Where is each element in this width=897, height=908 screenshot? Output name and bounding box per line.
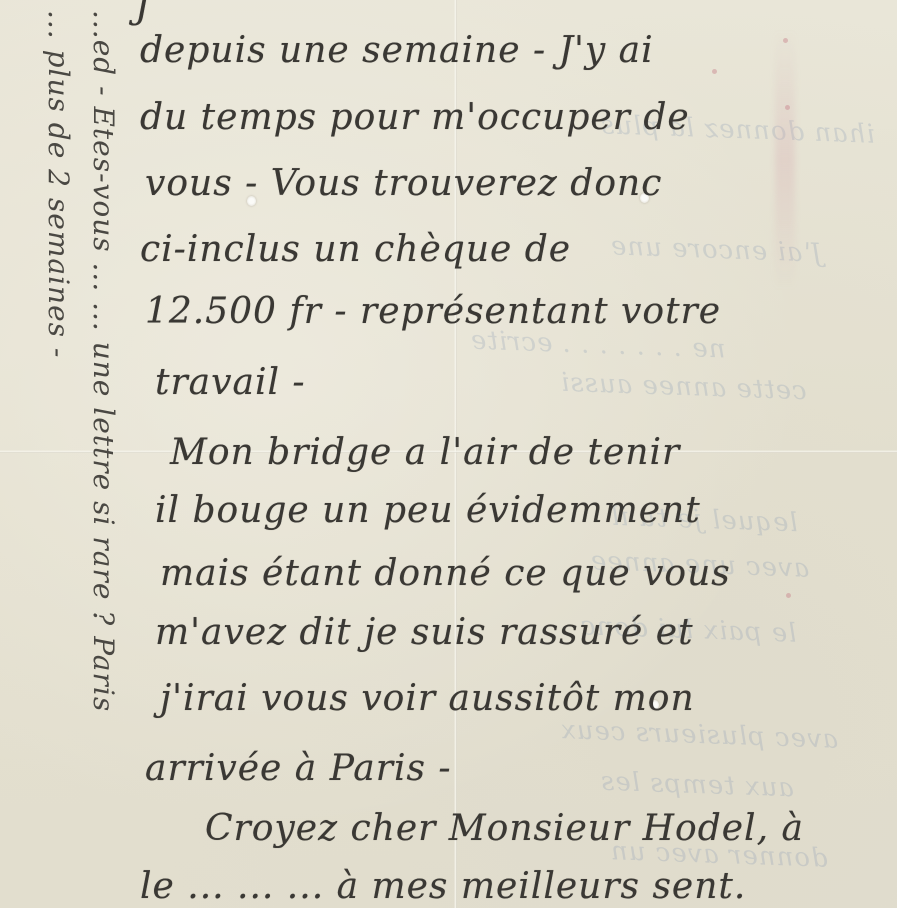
margin-note-line: ...ed - Etes-vous ... ... une lettre si …: [87, 10, 120, 712]
letter-line: travail -: [155, 362, 306, 403]
letter-line: mais étant donné ce que vous: [160, 553, 731, 594]
letter-line: le ... ... ... à mes meilleurs sent.: [140, 866, 746, 907]
stain-dot: [786, 593, 791, 598]
stain-dot: [783, 38, 788, 43]
letter-line: arrivée à Paris -: [145, 748, 452, 789]
margin-note-line: ... plus de 2 semaines -: [42, 10, 75, 358]
letter-page: ihan donnez la plus J'ai encore une ne .…: [0, 0, 897, 908]
stain-dot: [785, 105, 790, 110]
letter-line: J: [135, 0, 150, 27]
bleed-through-text: cette annee aussi: [560, 368, 808, 407]
letter-line: du temps pour m'occuper de: [140, 97, 690, 138]
letter-line: il bouge un peu évidemment: [155, 490, 701, 531]
letter-line: 12.500 fr - représentant votre: [145, 291, 721, 332]
letter-line: m'avez dit je suis rassuré et: [155, 612, 694, 653]
letter-line: Croyez cher Monsieur Hodel, à: [205, 808, 804, 849]
letter-line: Mon bridge a l'air de tenir: [170, 432, 680, 473]
stamp-stain: [775, 30, 795, 290]
bleed-through-text: aux temps les: [600, 767, 795, 804]
letter-line: depuis une semaine - J'y ai: [140, 30, 654, 71]
letter-line: j'irai vous voir aussitôt mon: [160, 678, 695, 719]
letter-line: ci-inclus un chèque de: [140, 229, 571, 270]
stain-dot: [712, 69, 717, 74]
bleed-through-text: avec plusieurs ceux: [560, 715, 839, 755]
letter-line: vous - Vous trouverez donc: [145, 163, 662, 204]
